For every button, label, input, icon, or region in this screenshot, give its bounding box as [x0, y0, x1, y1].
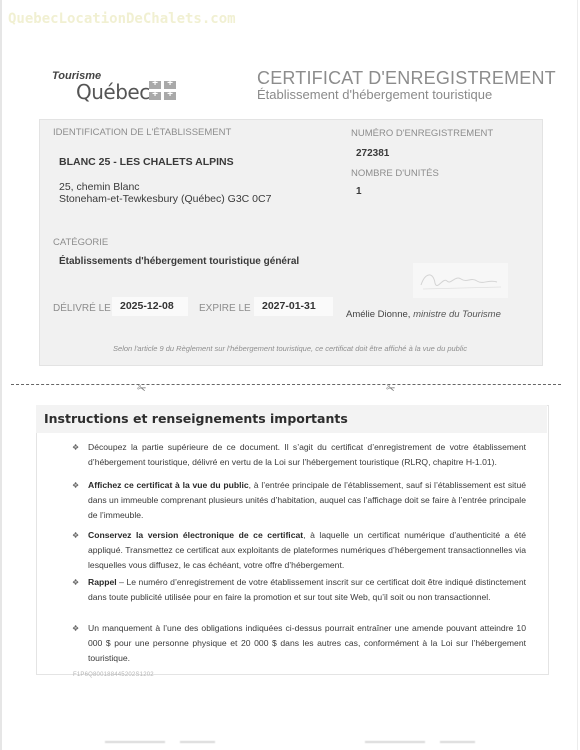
instruction-item-text: – Le numéro d’enregistrement de votre ét…: [88, 577, 526, 602]
instruction-item: Affichez ce certificat à la vue du publi…: [88, 478, 526, 523]
category-label: CATÉGORIE: [53, 237, 108, 248]
expires-date: 2027-01-31: [254, 297, 333, 316]
instructions-title: Instructions et renseignements important…: [44, 411, 348, 426]
reference-code: F1P6Q800188445202S1202: [73, 672, 154, 678]
address-line-1: 25, chemin Blanc: [59, 181, 140, 193]
scan-artifact: [105, 741, 165, 743]
bullet-icon: ❖: [72, 578, 79, 587]
address-line-2: Stoneham-et-Tewkesbury (Québec) G3C 0C7: [59, 193, 271, 205]
issued-label: DÉLIVRÉ LE :: [53, 303, 116, 314]
instruction-item: Découpez la partie supérieure de ce docu…: [88, 440, 526, 470]
identification-label: IDENTIFICATION DE L'ÉTABLISSEMENT: [53, 127, 231, 138]
minister-signature: [413, 263, 508, 298]
page-edge: [577, 0, 578, 750]
units-count: 1: [356, 186, 362, 197]
instruction-item: Rappel – Le numéro d’enregistrement de v…: [88, 575, 526, 605]
instruction-item-bold: Affichez ce certificat à la vue du publi…: [88, 480, 249, 490]
display-notice: Selon l'article 9 du Règlement sur l'héb…: [0, 344, 580, 353]
instruction-item-bold: Rappel: [88, 577, 117, 587]
page-edge: [0, 0, 2, 750]
expires-label: EXPIRE LE :: [199, 303, 256, 314]
certificate-subtitle: Établissement d'hébergement touristique: [257, 87, 492, 102]
scan-artifact: [365, 741, 425, 743]
quebec-flag-icon: [149, 81, 179, 101]
bullet-icon: ❖: [72, 443, 79, 452]
registration-number: 272381: [356, 148, 389, 159]
issued-date: 2025-12-08: [112, 297, 188, 316]
registration-number-label: NUMÉRO D'ENREGISTREMENT: [351, 128, 493, 139]
instruction-item: Un manquement à l’une des obligations in…: [88, 621, 526, 666]
minister-signature-line: Amélie Dionne, ministre du Tourisme: [346, 309, 501, 320]
logo-quebec-text: Québec: [76, 80, 150, 104]
bullet-icon: ❖: [72, 481, 79, 490]
minister-name: Amélie Dionne,: [346, 309, 410, 320]
scan-artifact: [180, 741, 215, 743]
tourisme-quebec-logo: Tourisme Québec: [52, 68, 182, 108]
instruction-item-text: Un manquement à l’une des obligations in…: [88, 623, 526, 663]
instruction-item: Conservez la version électronique de ce …: [88, 528, 526, 573]
instruction-item-text: Découpez la partie supérieure de ce docu…: [88, 442, 526, 467]
scan-artifact: [440, 741, 475, 743]
watermark: QuebecLocationDeChalets.com: [8, 11, 236, 27]
category-value: Établissements d'hébergement touristique…: [59, 256, 299, 267]
establishment-name: BLANC 25 - LES CHALETS ALPINS: [59, 156, 234, 168]
minister-title: ministre du Tourisme: [413, 309, 501, 320]
bullet-icon: ❖: [72, 531, 79, 540]
units-label: NOMBRE D'UNITÉS: [351, 168, 439, 179]
instruction-item-bold: Conservez la version électronique de ce …: [88, 530, 303, 540]
certificate-title: CERTIFICAT D'ENREGISTREMENT: [257, 68, 556, 89]
bullet-icon: ❖: [72, 624, 79, 633]
cut-line: [11, 384, 561, 385]
